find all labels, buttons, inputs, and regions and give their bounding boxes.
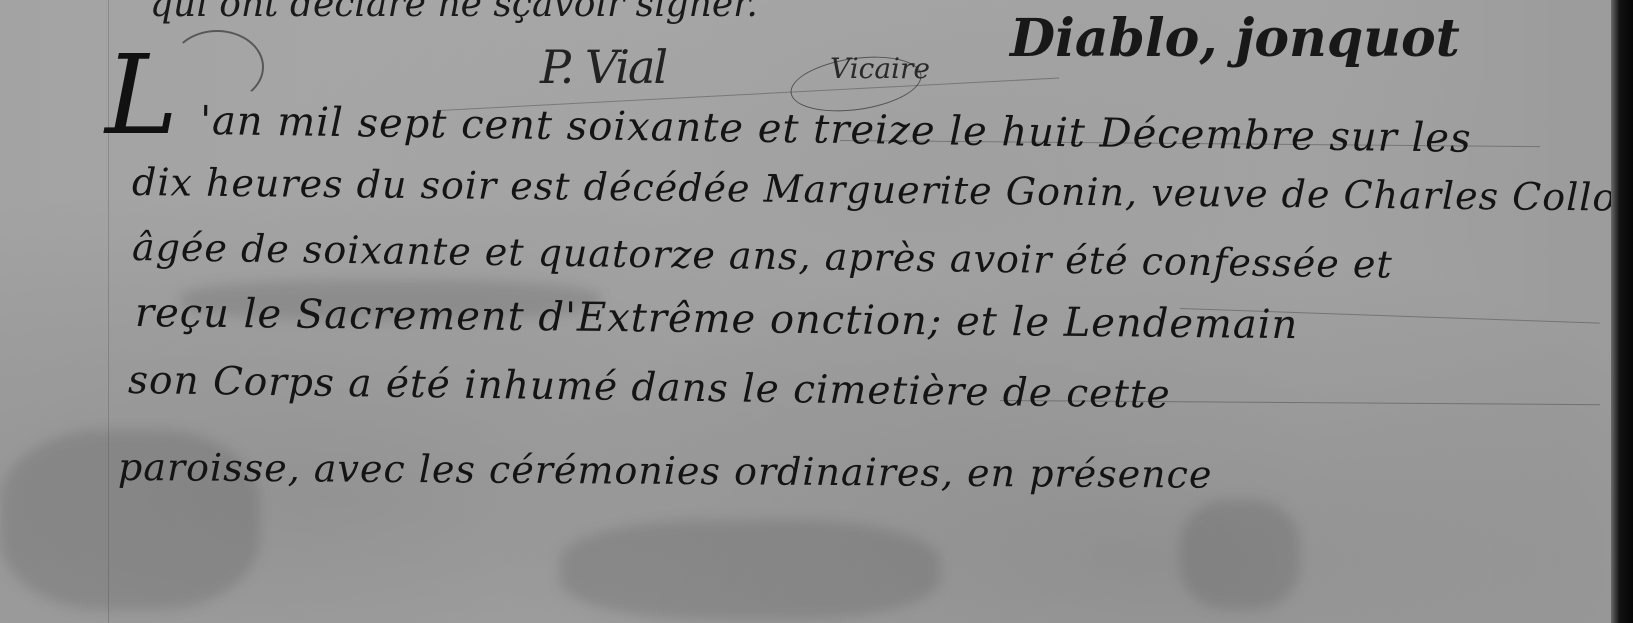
partial-top-line: qui ont déclaré ne sçavoir signer. <box>150 0 758 25</box>
text-line-2: dix heures du soir est décédée Marguerit… <box>132 160 1633 220</box>
ink-bleed <box>560 520 940 620</box>
text-line-6: paroisse, avec les cérémonies ordinaires… <box>118 445 1213 497</box>
text-line-4: reçu le Sacrement d'Extrême onction; et … <box>135 290 1299 348</box>
signature-right: Diablo, jonquot <box>1010 8 1460 69</box>
document-scan: qui ont déclaré ne sçavoir signer. Diabl… <box>0 0 1633 623</box>
initial-letter: L <box>105 40 178 150</box>
text-line-3: âgée de soixante et quatorze ans, après … <box>132 225 1393 287</box>
signature-vicaire: Vicaire <box>830 52 930 85</box>
ink-bleed <box>1180 500 1300 610</box>
page-edge <box>1611 0 1633 623</box>
signature-flourish: P. Vial <box>540 40 666 94</box>
text-line-1: 'an mil sept cent soixante et treize le … <box>200 98 1472 162</box>
text-line-5: son Corps a été inhumé dans le cimetière… <box>128 358 1171 418</box>
initial-flourish <box>170 30 264 104</box>
